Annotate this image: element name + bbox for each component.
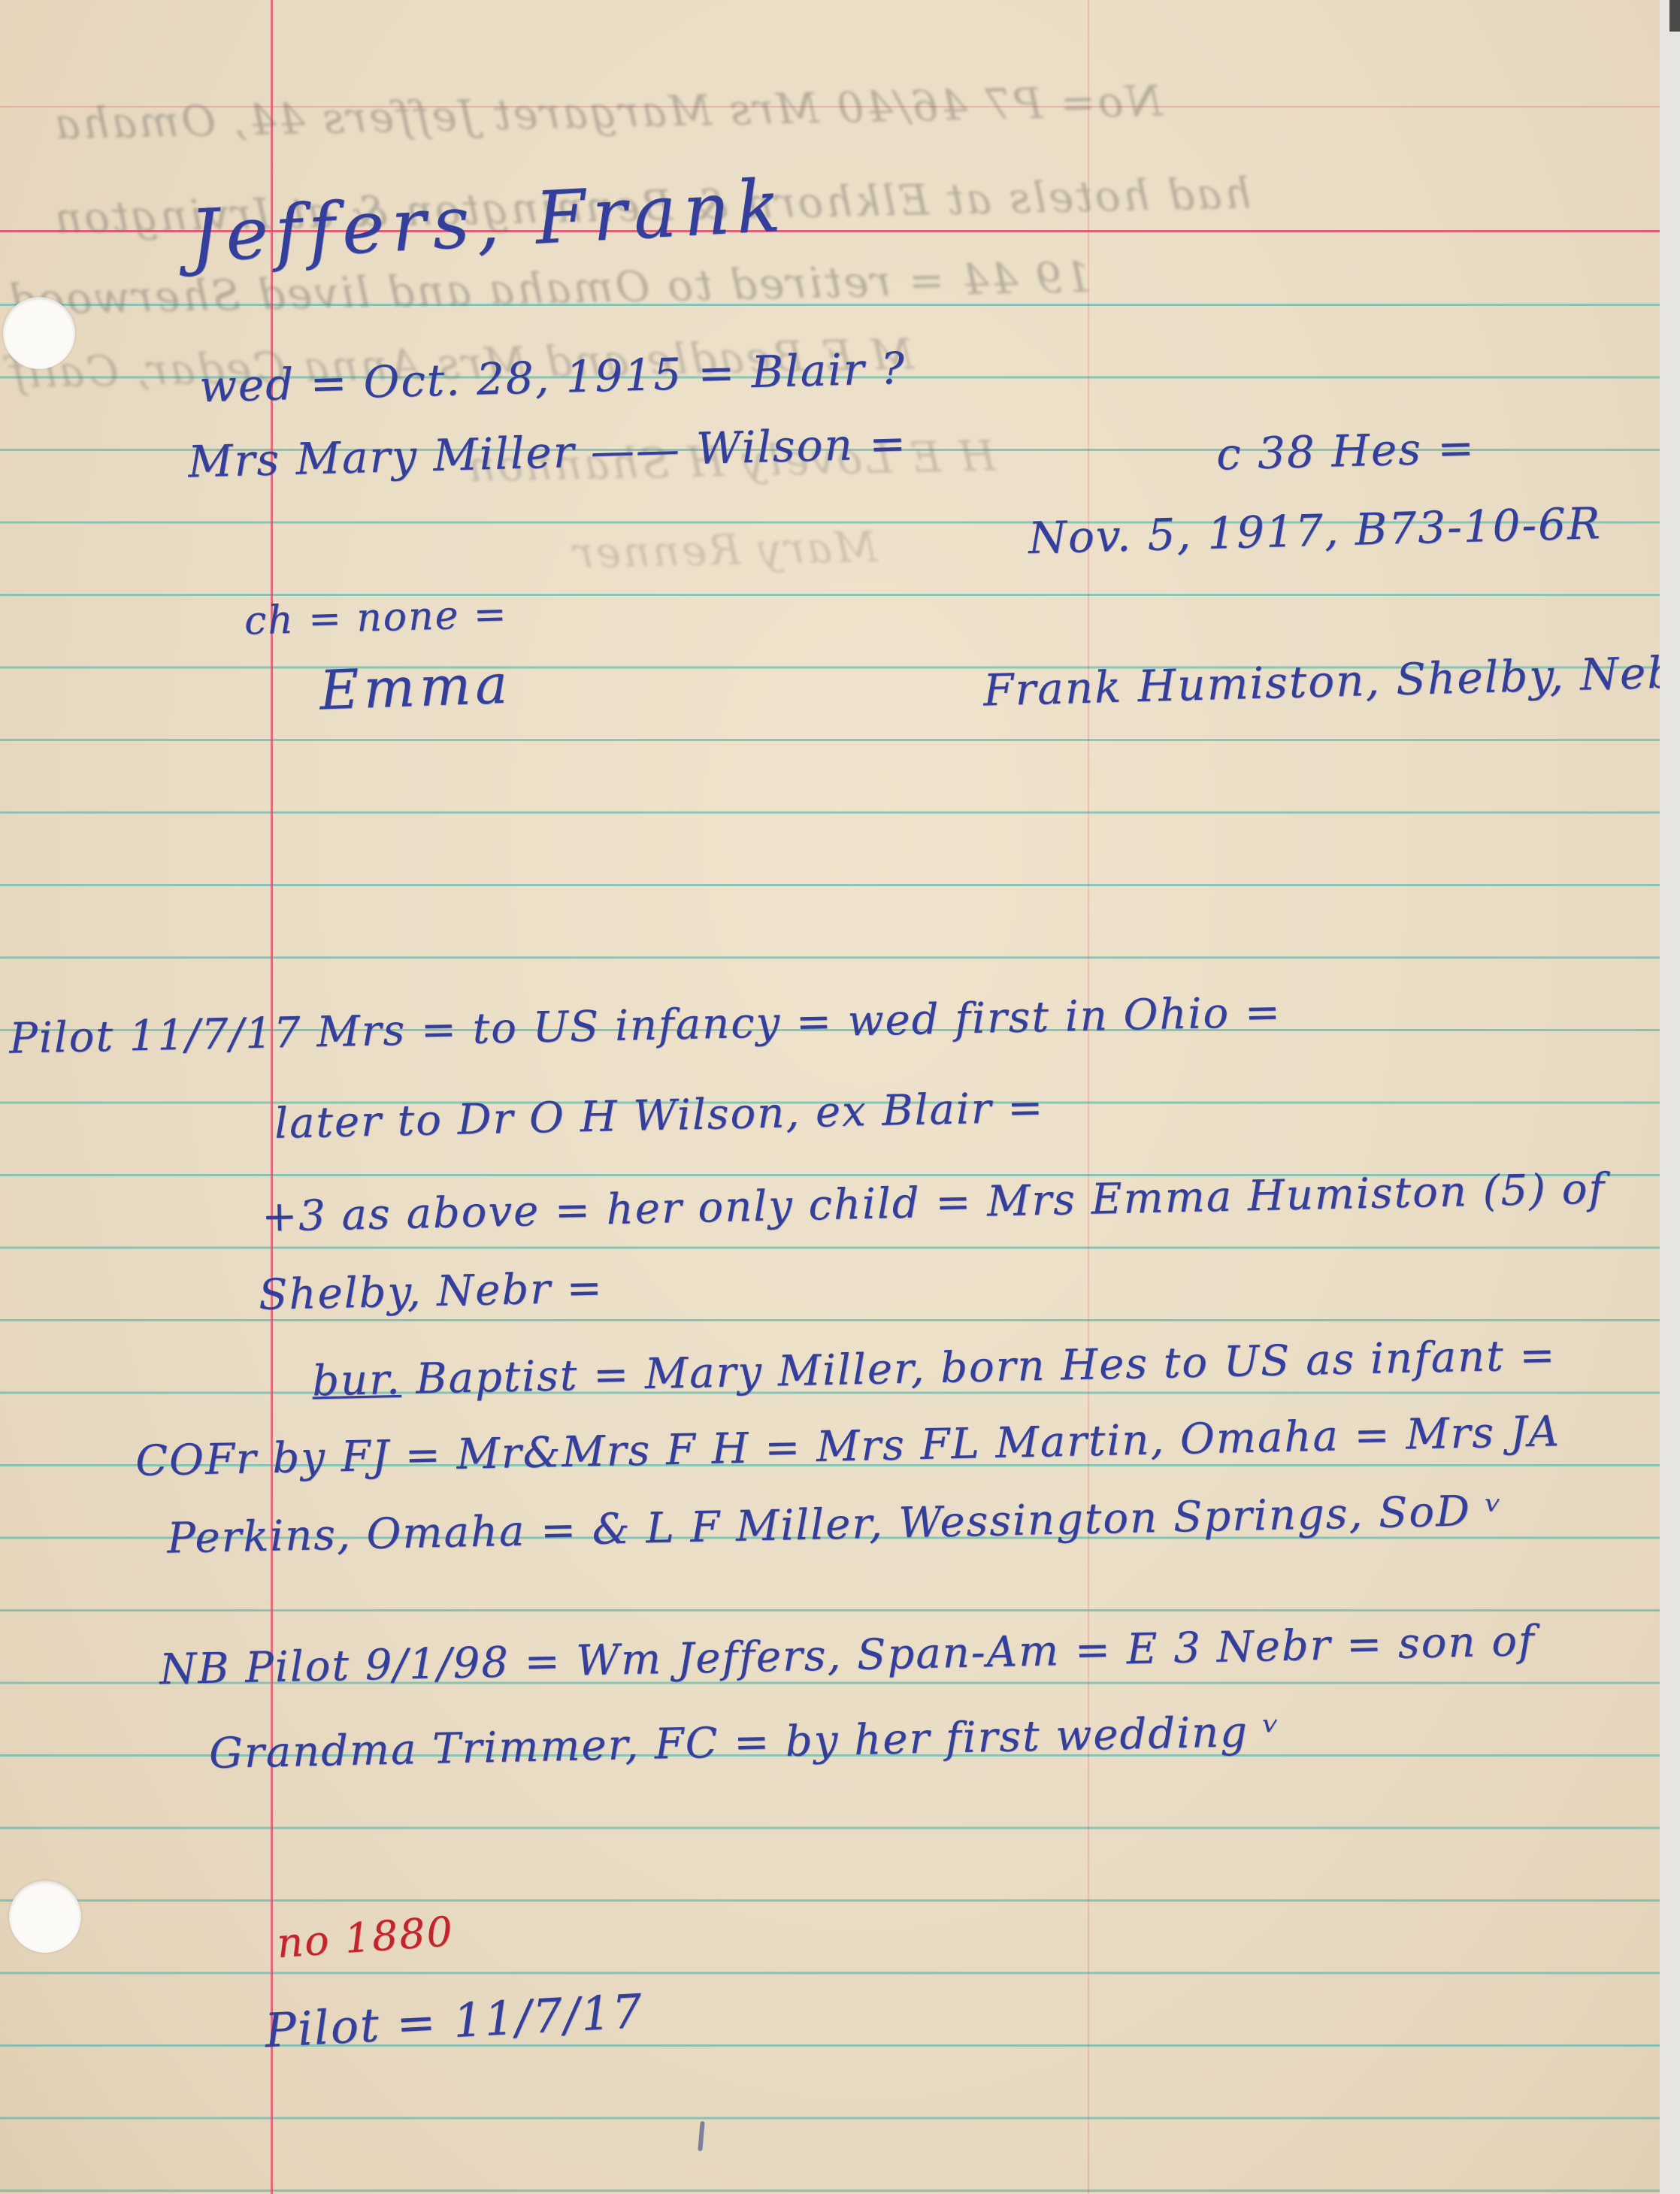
- scan-corner-artifact: [1669, 0, 1680, 32]
- bleedthrough-line: Mary Renner: [571, 523, 878, 579]
- note-line-7: Perkins, Omaha = & L F Miller, Wessingto…: [167, 1486, 1504, 1563]
- note-line-6: COFr by FJ = Mr&Mrs F H = Mrs FL Martin,…: [135, 1407, 1561, 1486]
- scanned-page: No= P7 46/40 Mrs Margaret Jeffers 44, Om…: [0, 0, 1680, 2194]
- note-line-3: +3 as above = her only child = Mrs Emma …: [262, 1164, 1606, 1241]
- index-number: no 1880: [275, 1908, 456, 1967]
- stray-ink-mark: [698, 2121, 704, 2151]
- children-line: ch = none =: [244, 592, 508, 643]
- scanner-edge-strip: [1660, 0, 1680, 2194]
- child-name: Emma: [319, 652, 513, 722]
- bleedthrough-line: No= P7 46/40 Mrs Margaret Jeffers 44, Om…: [52, 77, 1163, 150]
- teal-feint-rules: [0, 304, 1660, 2194]
- underlined-abbrev: bur.: [312, 1355, 402, 1406]
- note-line-4: Shelby, Nebr =: [258, 1263, 604, 1320]
- note-line-1: Pilot 11/7/17 Mrs = to US infancy = wed …: [9, 988, 1282, 1063]
- death-burial-line: Nov. 5, 1917, B73-10-6R: [1028, 498, 1602, 564]
- punch-hole-top: [3, 297, 75, 369]
- note-line-5-rest: Baptist = Mary Miller, born Hes to US as…: [401, 1331, 1557, 1404]
- note-line-2: later to Dr O H Wilson, ex Blair =: [274, 1083, 1044, 1148]
- note-line-5: bur. Baptist = Mary Miller, born Hes to …: [312, 1331, 1557, 1406]
- bleedthrough-line: 19 44 = retired to Omaha and lived Sherw…: [7, 253, 1091, 325]
- note-line-9: Grandma Trimmer, FC = by her first weddi…: [208, 1707, 1281, 1778]
- ledger-paper: No= P7 46/40 Mrs Margaret Jeffers 44, Om…: [0, 0, 1660, 2194]
- note-line-8: NB Pilot 9/1/98 = Wm Jeffers, Span-Am = …: [159, 1617, 1536, 1694]
- faint-red-bleed-rule: [1088, 0, 1089, 2194]
- red-margin-rule: [271, 0, 273, 2194]
- punch-hole-bottom: [9, 1881, 81, 1953]
- source-citation: Pilot = 11/7/17: [263, 1984, 644, 2058]
- age-origin-note: c 38 Hes =: [1215, 422, 1476, 480]
